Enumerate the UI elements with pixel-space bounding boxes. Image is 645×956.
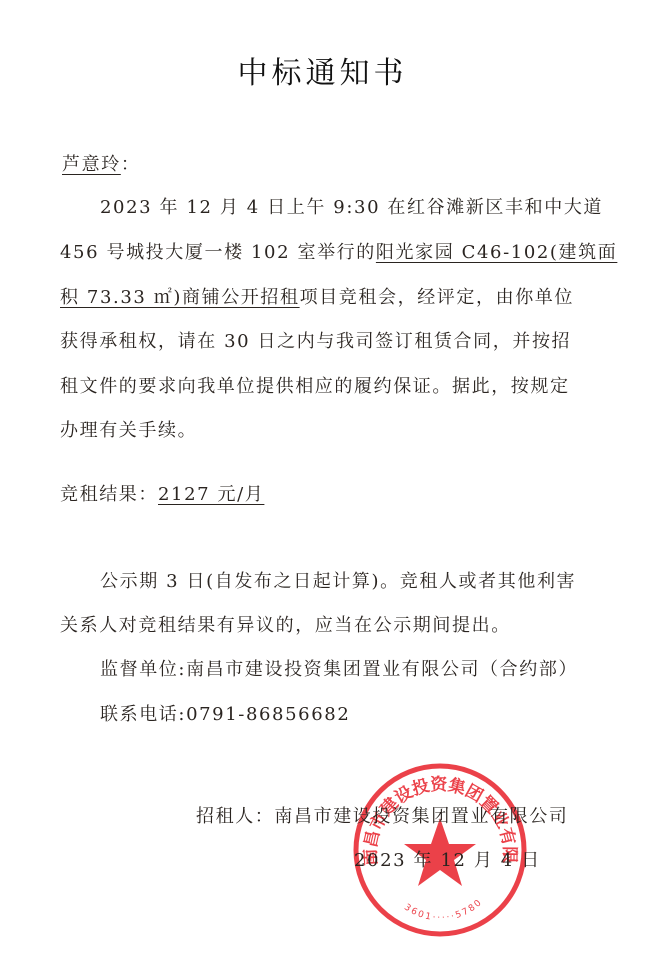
project-name-part2: 积 73.33 ㎡)商铺公开招租	[60, 287, 300, 308]
paragraph1-line5: 租文件的要求向我单位提供相应的履约保证。据此，按规定	[60, 372, 570, 398]
contact-phone: 联系电话:0791-86856682	[100, 700, 350, 726]
paragraph1-line3: 积 73.33 ㎡)商铺公开招租项目竞租会，经评定，由你单位	[60, 283, 574, 309]
paragraph1-line2-text: 456 号城投大厦一楼 102 室举行的	[60, 242, 376, 263]
project-name-part1: 阳光家园 C46-102(建筑面	[376, 242, 617, 263]
paragraph1-line2: 456 号城投大厦一楼 102 室举行的阳光家园 C46-102(建筑面	[60, 238, 617, 264]
bid-result: 竞租结果：2127 元/月	[60, 480, 264, 506]
bid-result-label: 竞租结果：	[60, 484, 158, 505]
lessor-signature: 招租人：南昌市建设投资集团置业有限公司	[196, 802, 568, 828]
notice-document: 中标通知书 芦意玲： 2023 年 12 月 4 日上午 9:30 在红谷滩新区…	[0, 0, 645, 956]
paragraph1-line3-text: 项目竞租会，经评定，由你单位	[300, 287, 574, 308]
recipient-name: 芦意玲	[62, 154, 121, 175]
bid-result-value: 2127 元/月	[158, 484, 264, 505]
paragraph1-line6: 办理有关手续。	[60, 416, 197, 442]
issue-date: 2023 年 12 月 4 日	[354, 846, 541, 872]
paragraph2-line1: 公示期 3 日(自发布之日起计算)。竞租人或者其他利害	[100, 567, 576, 593]
salutation-colon: ：	[121, 154, 141, 175]
supervisor-unit: 监督单位:南昌市建设投资集团置业有限公司（合约部）	[100, 655, 578, 681]
paragraph2-line2: 关系人对竞租结果有异议的，应当在公示期间提出。	[60, 611, 511, 637]
svg-text:3601·····5780: 3601·····5780	[402, 897, 485, 923]
paragraph1-line4: 获得承租权，请在 30 日之内与我司签订租赁合同，并按招	[60, 327, 571, 353]
document-title: 中标通知书	[0, 48, 645, 92]
paragraph1-line1: 2023 年 12 月 4 日上午 9:30 在红谷滩新区丰和中大道	[100, 193, 603, 219]
salutation: 芦意玲：	[62, 150, 140, 176]
